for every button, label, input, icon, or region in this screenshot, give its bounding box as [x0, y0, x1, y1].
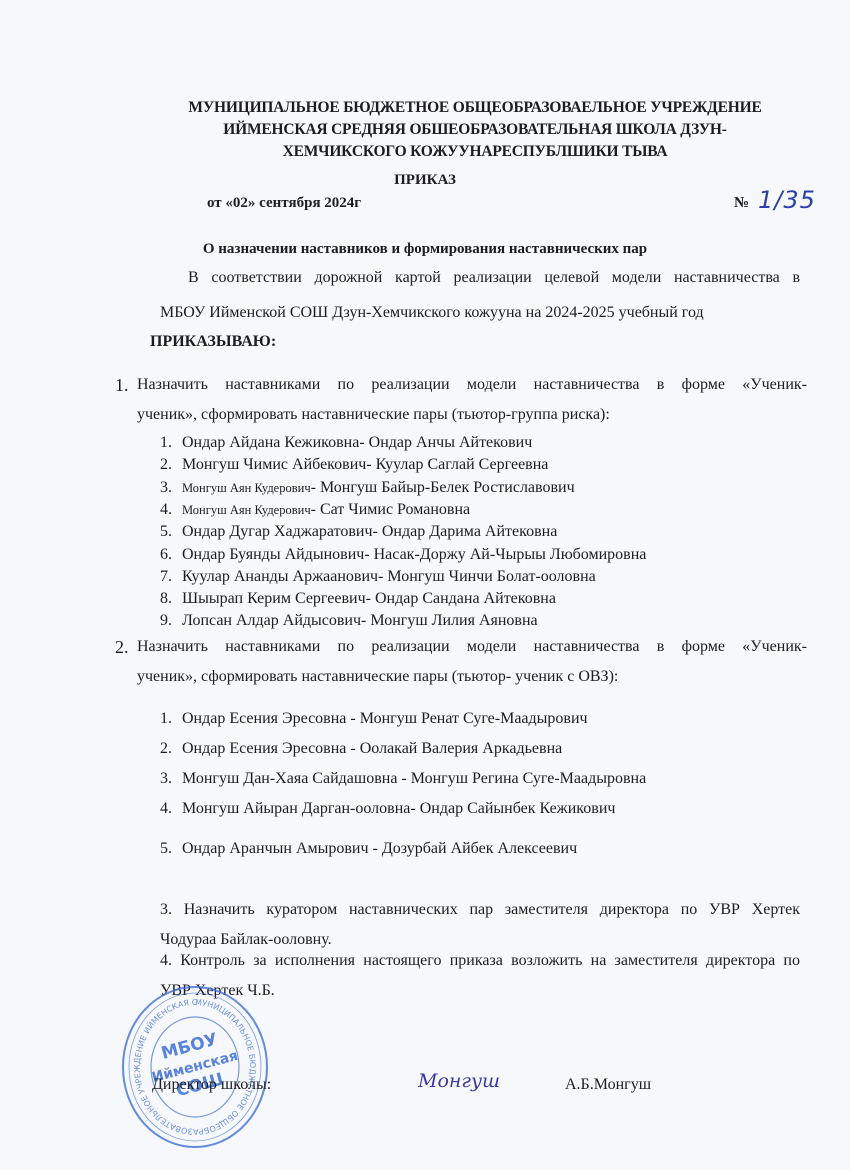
pair-list-item: 9.Лопсан Алдар Айдысович- Монгуш Лилия А… [160, 610, 538, 631]
pair-list-item: 5.Ондар Аранчын Амырович - Дозурбай Айбе… [160, 838, 577, 859]
pair-list-item: 3.Монгуш Аян Кудерович- Монгуш Байыр-Бел… [160, 477, 575, 499]
mentee-name: - Монгуш Чинчи Болат-ооловна [378, 568, 596, 585]
order-item-1: 1. Назначить наставниками по реализации … [137, 370, 807, 430]
mentee-name: - Монгуш Байыр-Белек Ростиславович [311, 479, 575, 496]
order-directive-heading: ПРИКАЗЫВАЮ: [150, 333, 276, 351]
mentor-name: Монгуш Аян Кудерович [182, 503, 311, 517]
pair-list-item: 3.Монгуш Дан-Хаяа Сайдашовна - Монгуш Ре… [160, 768, 646, 789]
mentor-name: Ондар Буянды Айдынович [182, 546, 364, 563]
handwritten-signature: Монгуш [418, 1070, 500, 1092]
pair-number: 8. [160, 588, 182, 609]
mentee-name: - Монгуш Ренат Суге-Маадырович [346, 710, 587, 727]
pair-list-item: 8.Шыырап Керим Сергеевич- Ондар Сандана … [160, 588, 556, 609]
document-page: МУНИЦИПАЛЬНОЕ БЮДЖЕТНОЕ ОБЩЕОБРАЗОВАЕЛЬН… [0, 0, 850, 1170]
mentee-name: - Сат Чимис Романовна [311, 501, 471, 518]
pair-number: 5. [160, 838, 182, 859]
item-number: 2. [115, 632, 129, 662]
pair-list-item: 4.Монгуш Аян Кудерович- Сат Чимис Романо… [160, 499, 470, 521]
pair-number: 7. [160, 566, 182, 587]
mentor-name: Ондар Дугар Хаджаратович [182, 523, 373, 540]
mentee-name: - Ондар Анчы Айтекович [359, 434, 532, 451]
preamble: В соответствии дорожной картой реализаци… [160, 260, 800, 330]
mentor-name: Монгуш Дан-Хаяа Сайдашовна [182, 770, 397, 787]
mentee-name: - Дозурбай Айбек Алексеевич [369, 840, 578, 857]
mentor-name: Монгуш Чимис Айбекович [182, 456, 366, 473]
org-line-1: МУНИЦИПАЛЬНОЕ БЮДЖЕТНОЕ ОБЩЕОБРАЗОВАЕЛЬН… [150, 97, 800, 119]
item-line-1: 3. Назначить куратором наставнических па… [160, 895, 800, 925]
mentor-name: Лопсан Алдар Айдысович [182, 612, 361, 629]
pair-number: 2. [160, 454, 182, 475]
pair-list-item: 7.Куулар Ананды Аржаанович- Монгуш Чинчи… [160, 566, 596, 587]
mentee-name: - Куулар Саглай Сергеевна [366, 456, 548, 473]
order-number-label: № [734, 195, 749, 212]
preamble-line-1: В соответствии дорожной картой реализаци… [160, 260, 800, 295]
item-line-1: Назначить наставниками по реализации мод… [137, 370, 807, 400]
pair-list-item: 1.Ондар Есения Эресовна - Монгуш Ренат С… [160, 708, 588, 729]
pair-list-item: 4.Монгуш Айыран Дарган-ооловна- Ондар Са… [160, 798, 615, 819]
mentor-name: Ондар Есения Эресовна [182, 710, 346, 727]
pair-number: 4. [160, 798, 182, 819]
signatory-name: А.Б.Монгуш [565, 1076, 651, 1094]
pair-list-item: 6.Ондар Буянды Айдынович- Насак-Доржу Ай… [160, 544, 646, 565]
document-title: ПРИКАЗ [0, 172, 850, 189]
pair-list-item: 5.Ондар Дугар Хаджаратович- Ондар Дарима… [160, 521, 557, 542]
school-seal-stamp: МУНИЦИПАЛЬНОЕ БЮДЖЕТНОЕ ОБЩЕОБРАЗОВАТЕЛЬ… [120, 985, 270, 1150]
mentor-name: Ондар Есения Эресовна [182, 740, 346, 757]
order-subject: О назначении наставников и формирования … [0, 241, 850, 258]
pair-list-item: 2.Ондар Есения Эресовна - Оолакай Валери… [160, 738, 562, 759]
pair-number: 1. [160, 708, 182, 729]
item-line-2: ученик», сформировать наставнические пар… [137, 662, 807, 692]
mentor-name: Куулар Ананды Аржаанович [182, 568, 378, 585]
pair-list-item: 1.Ондар Айдана Кежиковна- Ондар Анчы Айт… [160, 432, 532, 453]
pair-number: 3. [160, 477, 182, 498]
mentor-name: Шыырап Керим Сергеевич [182, 590, 366, 607]
organization-header: МУНИЦИПАЛЬНОЕ БЮДЖЕТНОЕ ОБЩЕОБРАЗОВАЕЛЬН… [150, 97, 800, 163]
item-number: 1. [115, 370, 129, 400]
org-line-2: ИЙМЕНСКАЯ СРЕДНЯЯ ОБШЕОБРАЗОВАТЕЛЬНАЯ ШК… [150, 119, 800, 141]
mentor-name: Ондар Айдана Кежиковна [182, 434, 359, 451]
pair-number: 1. [160, 432, 182, 453]
order-item-2: 2. Назначить наставниками по реализации … [137, 632, 807, 692]
preamble-line-2: МБОУ Ийменской СОШ Дзун-Хемчикского кожу… [132, 295, 800, 330]
pair-list-item: 2.Монгуш Чимис Айбекович- Куулар Саглай … [160, 454, 548, 475]
org-line-3: ХЕМЧИКСКОГО КОЖУУНАРЕСПУБЛШИКИ ТЫВА [150, 141, 800, 163]
mentor-name: Ондар Аранчын Амырович [182, 840, 369, 857]
pair-number: 6. [160, 544, 182, 565]
pair-number: 4. [160, 499, 182, 520]
pair-number: 9. [160, 610, 182, 631]
order-number-handwritten: 1/35 [758, 186, 816, 214]
item-line-2: ученик», сформировать наставнические пар… [137, 400, 807, 430]
mentee-name: - Монгуш Регина Суге-Маадыровна [397, 770, 646, 787]
mentee-name: - Монгуш Лилия Аяновна [361, 612, 538, 629]
order-date: от «02» сентября 2024г [207, 195, 361, 212]
mentee-name: - Оолакай Валерия Аркадьевна [346, 740, 562, 757]
pair-number: 2. [160, 738, 182, 759]
signature-position: Директор школы: [152, 1076, 271, 1094]
mentee-name: - Ондар Сандана Айтековна [366, 590, 556, 607]
mentee-name: - Ондар Дарима Айтековна [373, 523, 558, 540]
mentee-name: - Насак-Доржу Ай-Чырыы Любомировна [364, 546, 646, 563]
mentor-name: Монгуш Айыран Дарган-ооловна [182, 800, 410, 817]
item-line-1: 4. Контроль за исполнения настоящего при… [160, 946, 800, 976]
mentor-name: Монгуш Аян Кудерович [182, 481, 311, 495]
pair-number: 5. [160, 521, 182, 542]
pair-number: 3. [160, 768, 182, 789]
mentee-name: - Ондар Сайынбек Кежикович [410, 800, 615, 817]
item-line-1: Назначить наставниками по реализации мод… [137, 632, 807, 662]
